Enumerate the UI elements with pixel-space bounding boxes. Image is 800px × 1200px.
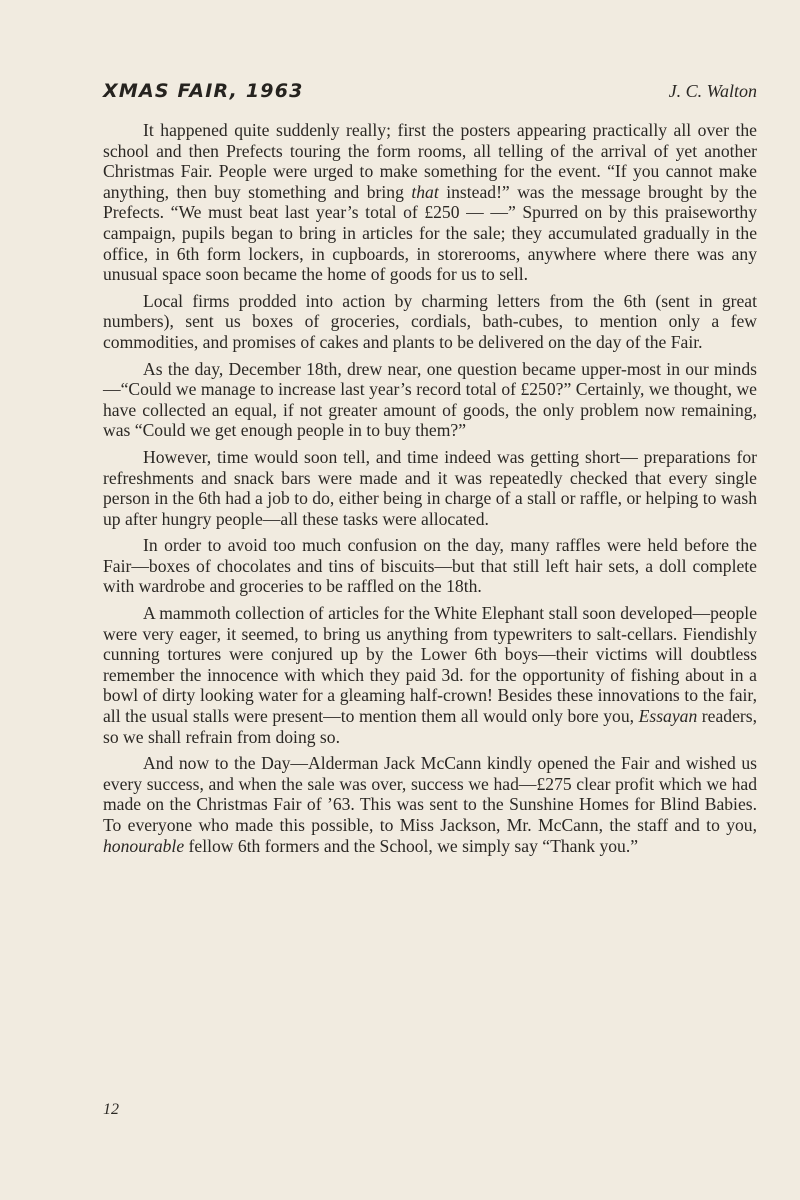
text-run: And now to the Day—Alderman Jack McCann … bbox=[103, 753, 757, 835]
paragraph: However, time would soon tell, and time … bbox=[103, 447, 757, 529]
text-run: fellow 6th formers and the School, we si… bbox=[184, 836, 638, 856]
text-run: Local firms prodded into action by charm… bbox=[103, 291, 757, 352]
paragraph: Local firms prodded into action by charm… bbox=[103, 291, 757, 353]
article-author: J. C. Walton bbox=[669, 81, 757, 102]
italic-text: that bbox=[411, 182, 438, 202]
article-body: It happened quite suddenly really; first… bbox=[103, 120, 757, 856]
text-run: As the day, December 18th, drew near, on… bbox=[103, 359, 757, 441]
paragraph: And now to the Day—Alderman Jack McCann … bbox=[103, 753, 757, 856]
italic-text: honourable bbox=[103, 836, 184, 856]
paragraph: It happened quite suddenly really; first… bbox=[103, 120, 757, 285]
document-page: XMAS FAIR, 1963 J. C. Walton It happened… bbox=[103, 80, 757, 862]
paragraph: In order to avoid too much confusion on … bbox=[103, 535, 757, 597]
page-number: 12 bbox=[103, 1101, 119, 1119]
paragraph: As the day, December 18th, drew near, on… bbox=[103, 359, 757, 441]
article-header: XMAS FAIR, 1963 J. C. Walton bbox=[103, 80, 757, 102]
italic-text: Essayan bbox=[639, 706, 698, 726]
paragraph: A mammoth collection of articles for the… bbox=[103, 603, 757, 747]
article-title: XMAS FAIR, 1963 bbox=[103, 80, 304, 102]
text-run: However, time would soon tell, and time … bbox=[103, 447, 757, 529]
text-run: In order to avoid too much confusion on … bbox=[103, 535, 757, 596]
